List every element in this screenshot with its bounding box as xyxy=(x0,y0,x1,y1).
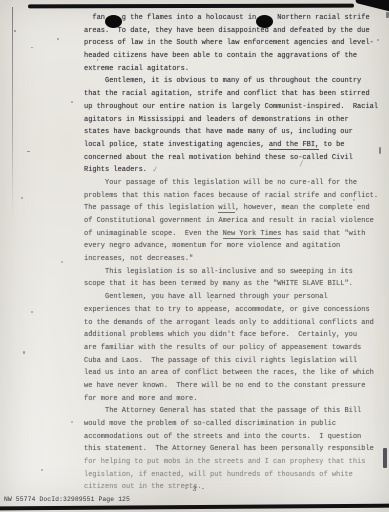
text-line: states have backgrounds that have made m… xyxy=(84,126,386,139)
paper-speck xyxy=(90,330,92,332)
text-line: increases, not decreases." xyxy=(84,253,386,266)
text-line: this statement. The Attorney General has… xyxy=(84,443,386,456)
paper-speck xyxy=(71,101,73,103)
text-line: problems that this nation faces because … xyxy=(84,190,386,203)
text-line: accommodations out of the streets and in… xyxy=(84,431,386,444)
text-line: This legislation is so all-inclusive and… xyxy=(84,266,386,279)
text-line: citizens out in the streets. xyxy=(84,481,386,494)
paper-speck xyxy=(210,300,212,302)
text-line: every negro advance, momentum for more v… xyxy=(84,240,386,253)
text-line: for more and more and more. xyxy=(84,393,386,406)
paper-speck xyxy=(97,59,98,61)
text-line: agitators in Mississippi and leaders of … xyxy=(84,114,386,127)
text-line: to the demands of the arrogant leads onl… xyxy=(84,317,386,330)
text-line: Your passage of this legislation will be… xyxy=(84,177,386,190)
paper-speck xyxy=(61,261,63,263)
text-line: The Attorney General has stated that the… xyxy=(84,405,386,418)
paper-speck xyxy=(71,421,73,423)
text-line: we have never known. There will be no en… xyxy=(84,380,386,393)
text-line: additional problems which you didn't fac… xyxy=(84,329,386,342)
paper-speck xyxy=(27,151,30,152)
typewritten-text: fan g the flames into a holocaust in Nor… xyxy=(84,12,386,494)
text-line: extreme racial agitators. xyxy=(84,63,386,76)
paper-speck xyxy=(120,247,122,249)
scan-artifact-left-line xyxy=(12,7,13,217)
paper-speck xyxy=(331,41,333,42)
text-line: are familiar with the results of our pol… xyxy=(84,342,386,355)
underlined-text: New York Times xyxy=(223,230,282,239)
scan-artifact-top-line xyxy=(28,4,354,8)
paper-speck xyxy=(14,30,16,32)
text-line: fan g the flames into a holocaust in Nor… xyxy=(84,12,386,25)
scanned-page: fan g the flames into a holocaust in Nor… xyxy=(0,0,389,512)
paper-speck xyxy=(353,199,355,201)
underlined-text: will xyxy=(218,204,235,213)
paper-speck xyxy=(377,39,379,41)
text-line: that the racial agitation, strife and co… xyxy=(84,88,386,101)
paper-speck xyxy=(31,47,33,48)
scan-artifact-corner-blob xyxy=(355,0,389,13)
scan-artifact-bottom-line xyxy=(0,504,389,510)
paper-speck xyxy=(383,448,387,468)
paper-speck xyxy=(21,197,23,199)
archive-footer: NW 55774 DocId:32989551 Page 125 xyxy=(4,496,130,503)
text-line: The passage of this legislation will, ho… xyxy=(84,202,386,215)
text-line: Cuba and Laos. The passage of this civil… xyxy=(84,355,386,368)
paper-speck xyxy=(269,119,271,121)
text-line: areas. To date, they have been disappoin… xyxy=(84,25,386,38)
redaction-mark xyxy=(105,15,122,28)
text-line: local police, state investigating agenci… xyxy=(84,139,386,152)
underlined-text: and the FBI, xyxy=(269,141,319,150)
paper-speck xyxy=(41,469,43,471)
text-line: Rights leaders. xyxy=(84,164,386,177)
text-line: legislation, if enacted, will put hundre… xyxy=(84,469,386,482)
page-number: - 3 - xyxy=(184,486,205,494)
text-line: Gentlemen, it is obvious to many of us t… xyxy=(84,75,386,88)
text-line: of Constitutional government in America … xyxy=(84,215,386,228)
text-line: headed citizens have been able to contai… xyxy=(84,50,386,63)
text-line: would move the problem of so-called disc… xyxy=(84,418,386,431)
redaction-mark xyxy=(256,15,273,28)
text-line: concerned about the real motivation behi… xyxy=(84,152,386,165)
text-line: up throughout our entire nation is large… xyxy=(84,101,386,114)
paper-speck xyxy=(23,351,25,354)
text-line: Gentlemen, you have all learned through … xyxy=(84,291,386,304)
pencil-mark: ✓ xyxy=(151,164,159,174)
text-line: for helping to put mobs in the streets a… xyxy=(84,456,386,469)
text-line: experiences that to try to appease, acco… xyxy=(84,304,386,317)
text-line: process of law in the South where law en… xyxy=(84,37,386,50)
paper-speck xyxy=(31,311,33,313)
text-line: of unimaginable scope. Even the New York… xyxy=(84,228,386,241)
paper-speck xyxy=(57,38,59,40)
text-line: lead us into an area of conflict between… xyxy=(84,367,386,380)
pencil-mark: · xyxy=(88,446,91,455)
paper-speck xyxy=(379,147,381,154)
text-line: scope that it has been termed by many as… xyxy=(84,278,386,291)
